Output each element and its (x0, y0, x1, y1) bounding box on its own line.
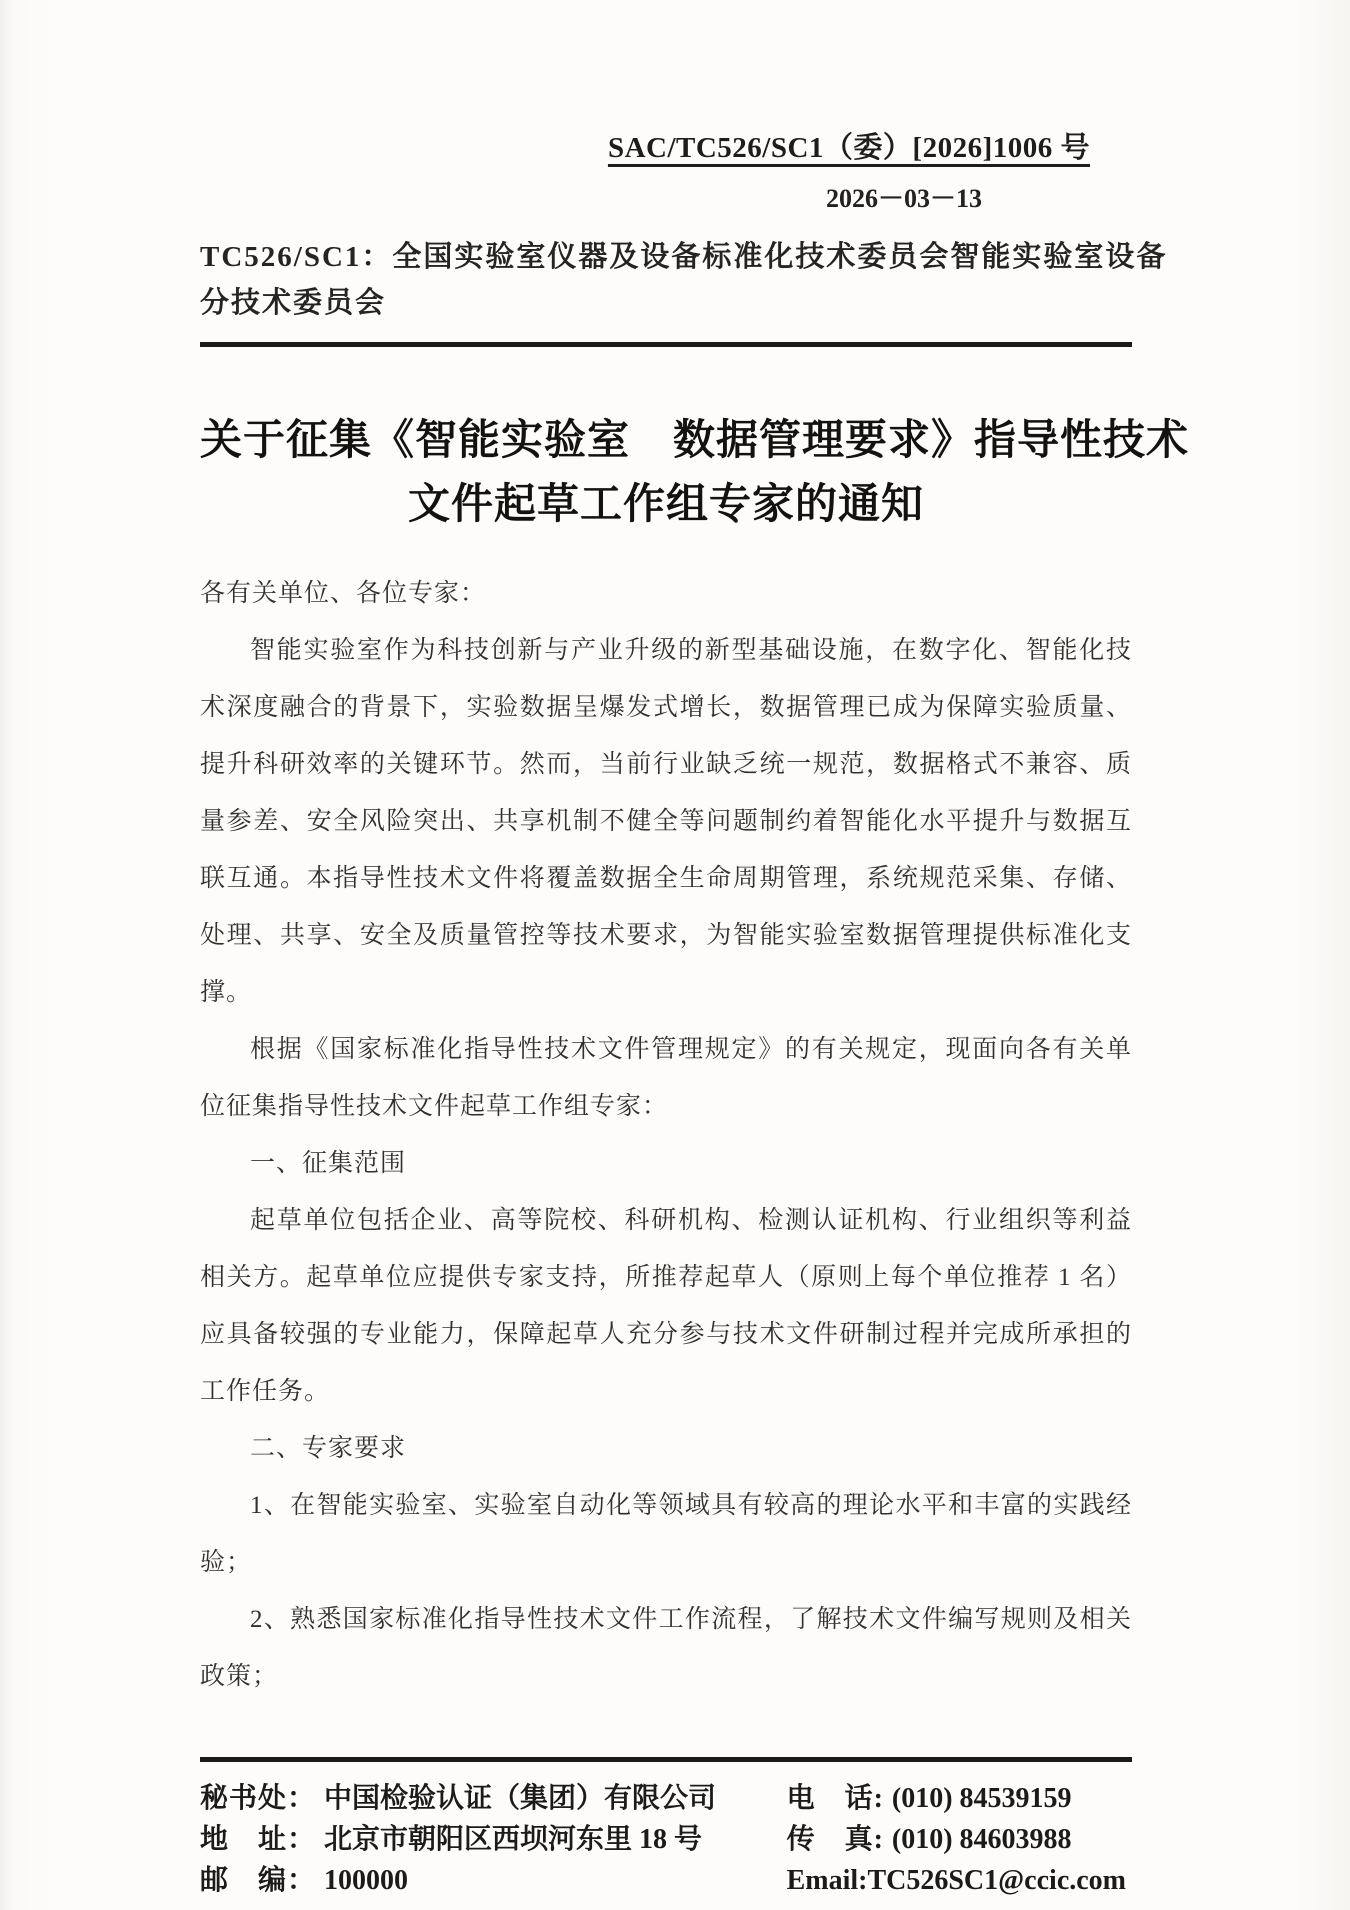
body-paragraph: 一、征集范围 (200, 1135, 1132, 1192)
fax-value: (010) 84603988 (892, 1824, 1072, 1855)
postcode-value: 100000 (324, 1865, 408, 1896)
email-row: Email:TC526SC1@ccic.com (787, 1860, 1126, 1901)
secretariat-label: 秘书处： (200, 1783, 316, 1814)
doc-number: SAC/TC526/SC1（委）[2026]1006 号 (200, 130, 1132, 166)
committee-name-line: 分技术委员会 (200, 280, 1132, 326)
postcode-row: 邮 编：100000 (200, 1860, 716, 1901)
committee-name-line: TC526/SC1：全国实验室仪器及设备标准化技术委员会智能实验室设备 (200, 234, 1132, 280)
notice-title-line: 文件起草工作组专家的通知 (200, 473, 1132, 537)
address-value: 北京市朝阳区西坝河东里 18 号 (324, 1824, 702, 1855)
body-paragraph: 2、熟悉国家标准化指导性技术文件工作流程，了解技术文件编写规则及相关政策； (200, 1591, 1132, 1705)
secretariat-value: 中国检验认证（集团）有限公司 (324, 1783, 716, 1814)
doc-number-text: SAC/TC526/SC1（委）[2026]1006 号 (608, 132, 1090, 164)
footer-separator-rule (200, 1757, 1132, 1762)
header-separator-rule (200, 342, 1132, 347)
email-value: Email:TC526SC1@ccic.com (787, 1865, 1126, 1896)
notice-title: 关于征集《智能实验室 数据管理要求》指导性技术文件起草工作组专家的通知 (200, 409, 1132, 537)
phone-label: 电 话: (787, 1783, 884, 1814)
committee-name: TC526/SC1：全国实验室仪器及设备标准化技术委员会智能实验室设备分技术委员… (200, 234, 1132, 326)
document-page: SAC/TC526/SC1（委）[2026]1006 号 2026－03－13 … (0, 0, 1350, 1910)
fax-row: 传 真:(010) 84603988 (787, 1819, 1126, 1860)
body-paragraph: 根据《国家标准化指导性技术文件管理规定》的有关规定，现面向各有关单位征集指导性技… (200, 1021, 1132, 1135)
body-paragraph: 1、在智能实验室、实验室自动化等领域具有较高的理论水平和丰富的实践经验； (200, 1477, 1132, 1591)
document-body: 智能实验室作为科技创新与产业升级的新型基础设施，在数字化、智能化技术深度融合的背… (200, 622, 1132, 1705)
body-paragraph: 二、专家要求 (200, 1420, 1132, 1477)
notice-title-line: 关于征集《智能实验室 数据管理要求》指导性技术 (200, 409, 1132, 473)
footer: 秘书处：中国检验认证（集团）有限公司 地 址：北京市朝阳区西坝河东里 18 号 … (200, 1778, 1132, 1901)
phone-value: (010) 84539159 (892, 1783, 1072, 1814)
body-paragraph: 智能实验室作为科技创新与产业升级的新型基础设施，在数字化、智能化技术深度融合的背… (200, 622, 1132, 1021)
footer-left-column: 秘书处：中国检验认证（集团）有限公司 地 址：北京市朝阳区西坝河东里 18 号 … (200, 1778, 716, 1901)
footer-right-column: 电 话:(010) 84539159 传 真:(010) 84603988 Em… (787, 1778, 1132, 1901)
salutation: 各有关单位、各位专家： (200, 565, 1132, 622)
phone-row: 电 话:(010) 84539159 (787, 1778, 1126, 1819)
issue-date: 2026－03－13 (200, 182, 1132, 216)
address-label: 地 址： (200, 1824, 316, 1855)
secretariat-row: 秘书处：中国检验认证（集团）有限公司 (200, 1778, 716, 1819)
address-row: 地 址：北京市朝阳区西坝河东里 18 号 (200, 1819, 716, 1860)
body-paragraph: 起草单位包括企业、高等院校、科研机构、检测认证机构、行业组织等利益相关方。起草单… (200, 1192, 1132, 1420)
postcode-label: 邮 编： (200, 1865, 316, 1896)
fax-label: 传 真: (787, 1824, 884, 1855)
